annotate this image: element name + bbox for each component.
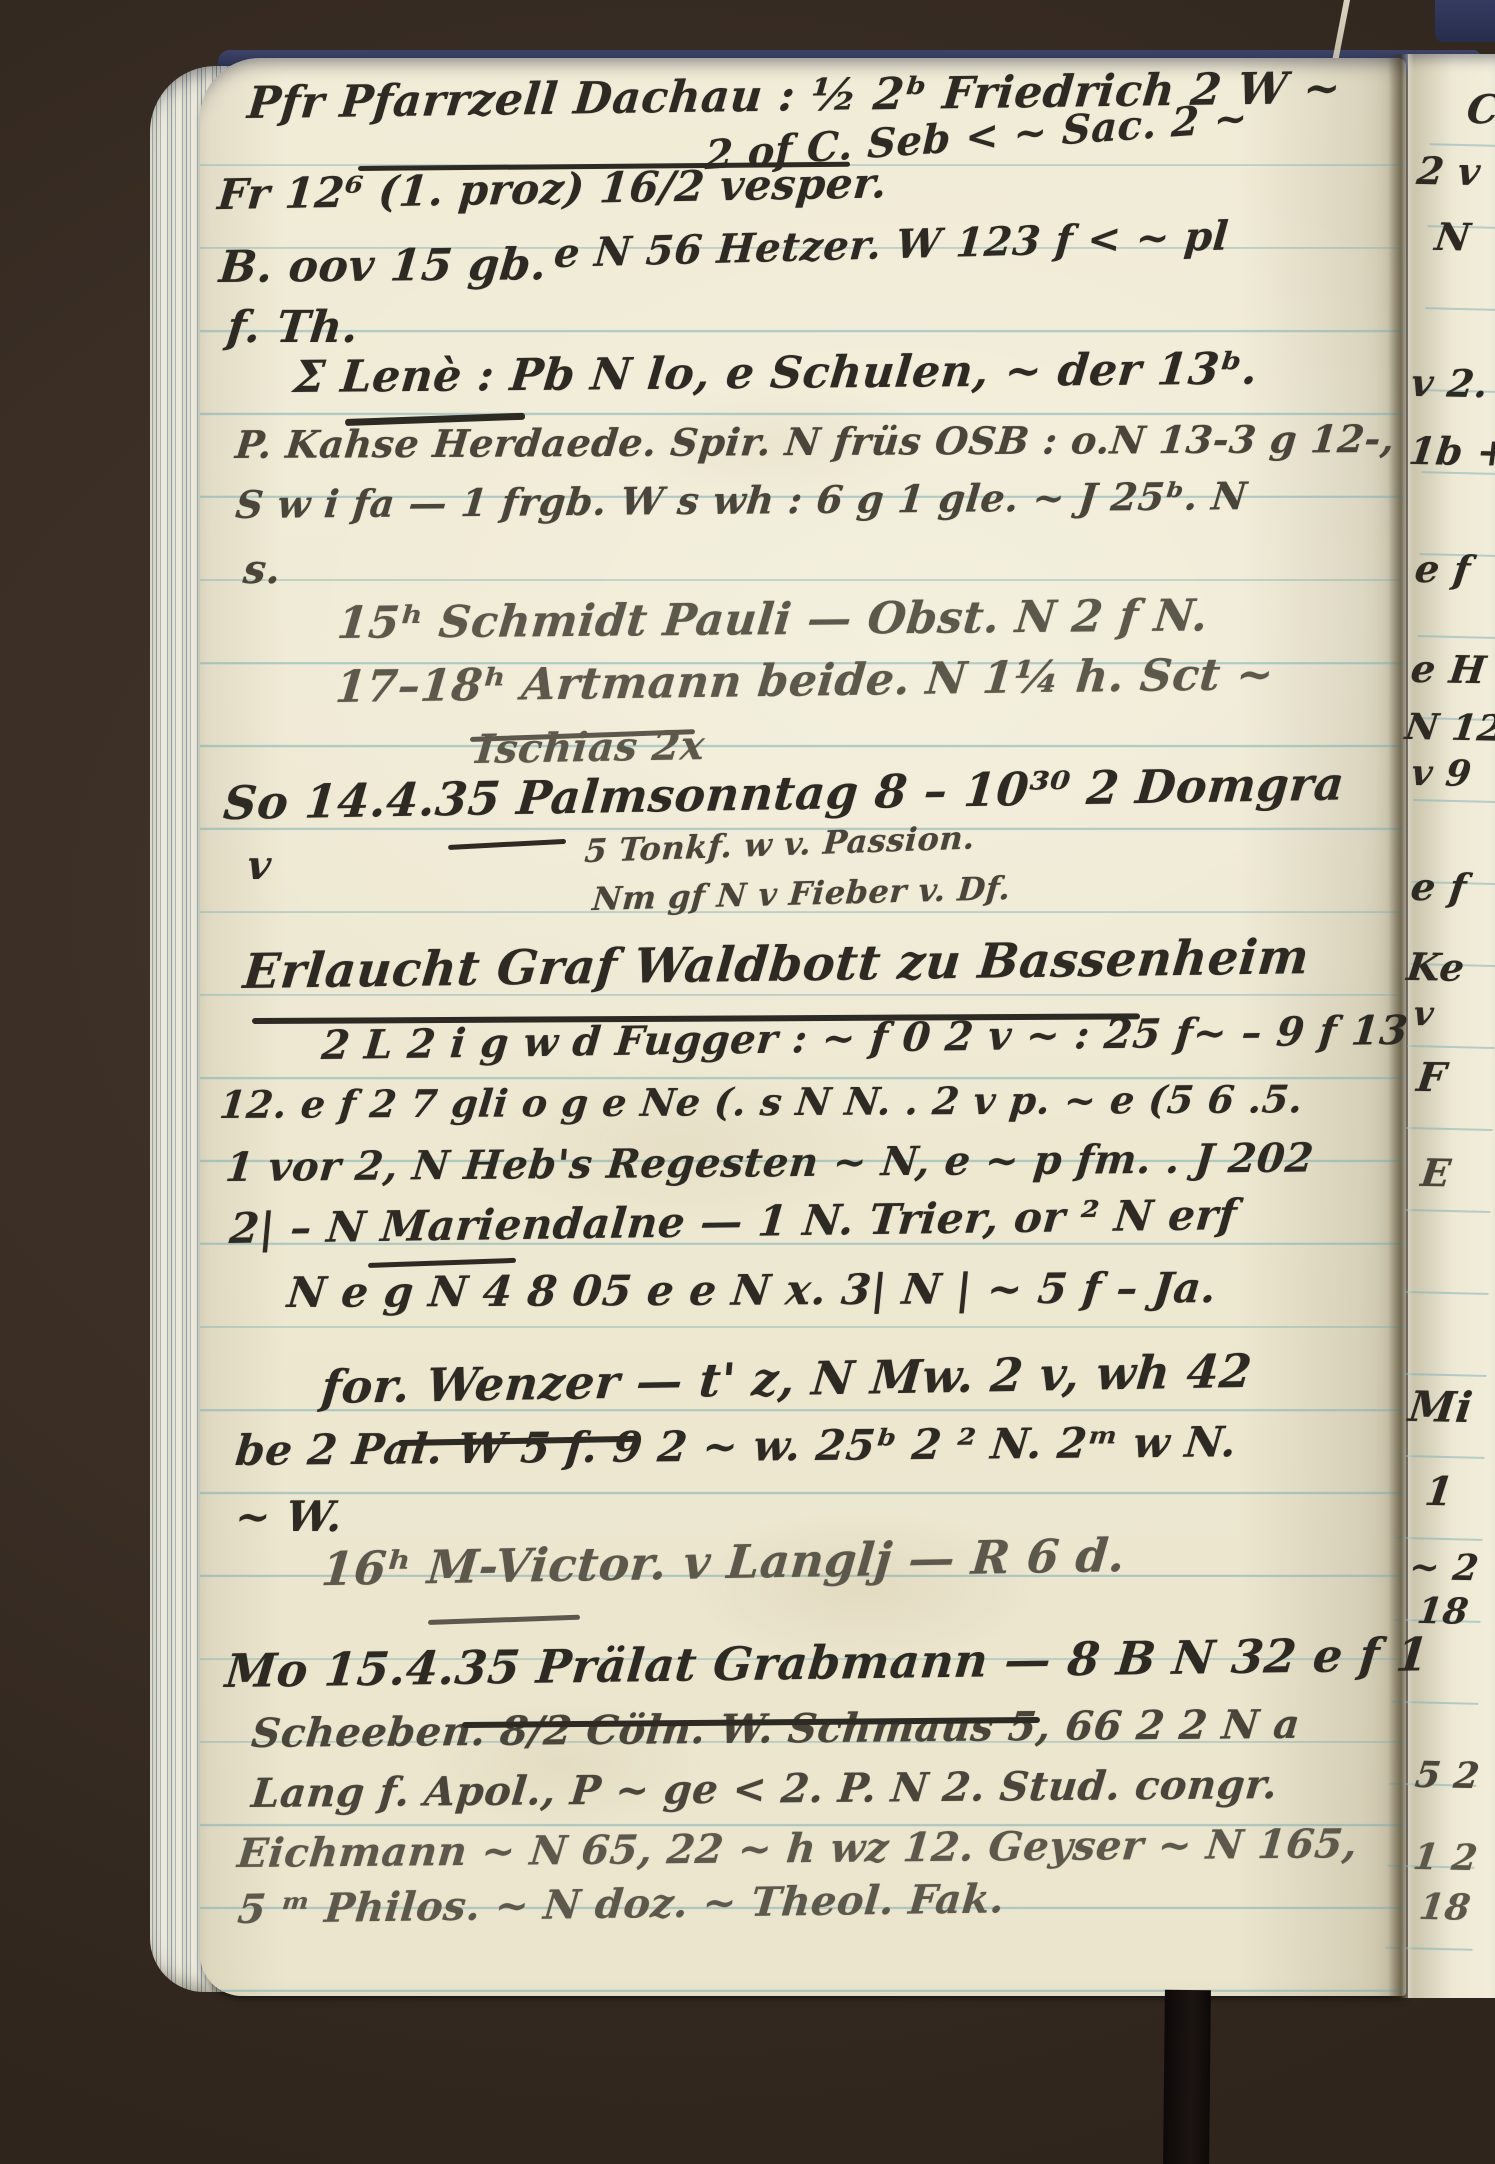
handwriting-line: Mi xyxy=(1406,1382,1475,1432)
handwriting-line: Lang f. Apol., P ~ ge < 2. P. N 2. Stud.… xyxy=(249,1761,1279,1817)
handwriting-line: f. Th. xyxy=(225,302,361,353)
handwriting-line: E xyxy=(1418,1150,1453,1195)
handwriting-line: 1 2 xyxy=(1411,1836,1480,1879)
handwriting-line: Scheeben. 8/2 Cöln. W. Schmaus 5, 66 2 2… xyxy=(249,1701,1302,1757)
handwriting-line: 16ʰ M-Victor. v Langlj — R 6 d. xyxy=(319,1528,1127,1596)
handwriting-line: 2| – N Mariendalne — 1 N. Trier, or ² N … xyxy=(228,1190,1240,1253)
handwriting-line: C xyxy=(1464,86,1495,133)
handwriting-line: Σ Lenè : Pb N lo, e Schulen, ~ der 13ᵇ. xyxy=(291,344,1260,403)
handwriting-line: Nm gf N v Fieber v. Df. xyxy=(591,869,1012,918)
notebook-photo: Pfr Pfarrzell Dachau : ½ 2ᵇ Friedrich 2 … xyxy=(0,0,1495,2164)
handwriting-line: 12. e f 2 7 gli o g e Ne (. s N N. . 2 v… xyxy=(218,1076,1306,1127)
handwriting-line: 1 xyxy=(1422,1468,1456,1515)
handwriting-line: 2 v xyxy=(1414,148,1483,194)
handwriting-line: v 2. xyxy=(1408,360,1490,406)
handwriting-line: e f xyxy=(1408,864,1469,910)
handwriting-line: Eichmann ~ N 65, 22 ~ h wz 12. Geyser ~ … xyxy=(235,1820,1359,1877)
handwriting-line: v 9 xyxy=(1409,752,1474,795)
handwriting-line: B. oov 15 gb. xyxy=(217,239,549,293)
handwriting-line: 1b + xyxy=(1406,428,1495,475)
ribbon-bookmark xyxy=(1163,1990,1211,2164)
handwriting-underline xyxy=(428,1615,580,1625)
handwriting-line: 17–18ʰ Artmann beide. N 1¼ h. Sct ~ xyxy=(333,649,1276,713)
handwriting-line: v xyxy=(1411,994,1436,1034)
handwriting-line: N 12 xyxy=(1403,706,1495,750)
handwriting-line: 5 ᵐ Philos. ~ N doz. ~ Theol. Fak. xyxy=(236,1875,1007,1933)
handwriting-line: 15ʰ Schmidt Pauli — Obst. N 2 f N. xyxy=(335,590,1210,649)
handwriting-line: Erlaucht Graf Waldbott zu Bassenheim xyxy=(241,929,1312,1000)
handwriting-line: N e g N 4 8 05 e e N x. 3| N | ~ 5 f – J… xyxy=(285,1263,1219,1317)
handwriting-line: 5 Tonkf. w v. Passion. xyxy=(583,818,976,870)
handwriting-line: 5 2 xyxy=(1413,1754,1482,1797)
handwriting-line: Ke xyxy=(1404,944,1467,990)
handwriting-line: for. Wenzer — t' z, N Mw. 2 v, wh 42 xyxy=(319,1344,1254,1414)
handwriting-line: ~ 2 xyxy=(1407,1546,1481,1589)
handwriting-line: e f xyxy=(1412,546,1473,592)
handwriting-line: 1 vor 2, N Heb's Regesten ~ N, e ~ p fm.… xyxy=(223,1135,1315,1192)
handwriting-line: S w i fa — 1 frgb. W s wh : 6 g 1 gle. ~… xyxy=(234,473,1250,527)
handwriting-line: ~ W. xyxy=(233,1492,345,1541)
handwriting-line: v xyxy=(245,842,274,889)
handwriting-layer: Pfr Pfarrzell Dachau : ½ 2ᵇ Friedrich 2 … xyxy=(0,0,1495,2164)
handwriting-line: e H xyxy=(1408,646,1488,692)
handwriting-line: s. xyxy=(241,546,283,593)
handwriting-line: F xyxy=(1414,1054,1449,1101)
handwriting-line: 18 xyxy=(1415,1590,1471,1633)
handwriting-line: Mo 15.4.35 Prälat Grabmann — 8 B N 32 e … xyxy=(223,1627,1431,1698)
handwriting-line: So 14.4.35 Palmsonntag 8 – 10³⁰ 2 Domgra xyxy=(221,756,1346,830)
handwriting-line: 18 xyxy=(1417,1886,1473,1929)
handwriting-underline xyxy=(448,839,566,850)
handwriting-line: be 2 Pal. W 5 f. 9 2 ~ w. 25ᵇ 2 ² N. 2ᵐ … xyxy=(233,1417,1239,1475)
handwriting-line: e N 56 Hetzer. W 123 f < ~ pl xyxy=(552,212,1230,277)
handwriting-line: N xyxy=(1432,214,1473,260)
